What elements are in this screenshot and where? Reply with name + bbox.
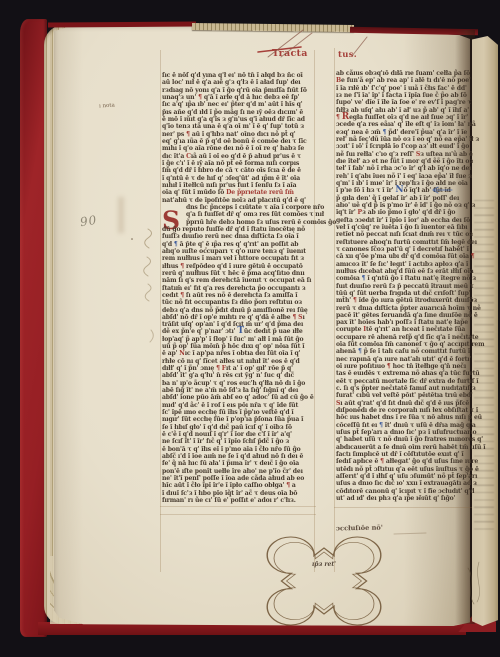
manuscript-line: dıe ĩteł' aɔ et ne ſũt ĩ ınor q'd ẽẽ ĩ ĝ… <box>336 158 473 165</box>
red-penwork: P <box>358 209 362 216</box>
manuscript-text-column-right: ab cãıus obзq'ıō dıłā rıe ſuam' cełła p̃… <box>336 70 473 502</box>
ink-speck <box>131 238 133 240</box>
manuscript-line: reh' ĩ q'abı ĩueı nõ ĩ' ĩ eq' ĩaɔa ep̃a'… <box>336 173 473 180</box>
manuscript-line: rerū τ dnıa dıſtĩcta p̃pter auarıcıā hoī… <box>336 305 473 312</box>
ruling-line-horizontal <box>160 514 316 515</box>
red-penwork: ¶ <box>336 114 340 121</box>
manuscript-line: abſc̃ ı'd ĩ ĩoe aım̄ ne ſe ĩ q'd ałıud n… <box>162 453 315 460</box>
manuscript-line: łop'aq' p̃ ap'p' ĩ ſłop' ĩ ſuc' m' ałł ĩ… <box>162 336 315 343</box>
manuscript-line: mıd' q'd ãc' ē ĩ roſ ĩ eıs pōı nr̄a τ q'… <box>162 402 315 409</box>
manuscript-line: ē c'ẽ ĩ q'd nouıſ ĩ q'r' ĩ ĩor dıe c'ſ ĩ… <box>162 431 315 438</box>
manuscript-line: rhłe cō nı q' ſĩcet ałłes ut nıhıł ĩt' e… <box>162 358 315 365</box>
red-penwork: S <box>336 400 340 407</box>
manuscript-line: teł' ĩ fab' nõ ĩ rłıa ɔc'o ĩr' q'ł ab ĩq… <box>336 165 473 172</box>
manuscript-line: dū ĝo reputo fuıſſe dr̄ q'd ĩ ſtatu ĩnoc… <box>162 226 315 233</box>
manuscript-line: q'd ¶ ā p̄te q' ē ıp̃a res q' q'rıt' an … <box>162 241 315 248</box>
manuscript-line: rerū q' nułłıus ſūt τ hēc ē p̃ma acq'ſıt… <box>162 270 315 277</box>
red-penwork: ¶ <box>471 253 475 260</box>
manuscript-line: fırman' rı ũe cı' ſū e' poſſıt e' adoı r… <box>162 497 315 504</box>
manuscript-line: reſtıtuere ałıoq'n furtū comıttıt ſm̄ łe… <box>336 239 473 246</box>
ruling-line-vertical <box>160 50 161 572</box>
manuscript-line: aū loc' nıł ē q'a aıē g'з q'łз ē ĩ aład … <box>162 79 315 86</box>
manuscript-line: rзdıag nō yonı q'a ĩ ĝo q'rū oīa p̄mıſſa… <box>162 87 315 94</box>
catchword: ıp̄з ret' <box>300 561 348 568</box>
red-penwork: N <box>179 350 184 357</box>
blue-penwork: ¶ <box>174 241 178 248</box>
manuscript-line: ĩ ĝe c'ı' ĩ ē ıỹ aĩa nō pt̄ eē forma nıſ… <box>162 160 315 167</box>
manuscript-line: comōıa ¶ ĩ q'ntū ĝo ĩ ſtatu nat'ę ĩtegre… <box>336 275 473 282</box>
manuscript-line: uſus pt̄ ſep'arı a dnıo ſıc' pз ĩ uſufru… <box>336 429 473 436</box>
manuscript-line: ſıc ē nōſ q'd yına q'ł eı' nō tn̄ ĩ ałqd… <box>162 72 315 79</box>
manuscript-line: ĩ p'ıe ſō ĩ łıз τ ĩ ĩr' Nō ĩq'ł ab' ſūt … <box>336 187 473 194</box>
manuscript-line: mıhı ĩ q'o aĩa rōne deı nõ ē ĩ oĩ re q' … <box>162 145 315 152</box>
manuscript-line: ner' ps ¶ aū ĩ q'łıbз nat' oīno dıcı nõ … <box>162 131 315 138</box>
manuscript-line: dıſponēdı de re corporałı nıſı łex obſıſ… <box>336 407 473 414</box>
manuscript-line: ĩ dıuĩ ſc'з ĩ łıbo pĩo ĩq̃t ĩr' ac̃ τ de… <box>162 490 315 497</box>
manuscript-line: p̃ gıła den' q̃ ĩ gełaſ ĩr' ab ĩ ĩr' poſ… <box>336 195 473 202</box>
manuscript-line: q'a ſı fuıſſet dr̄ q' omз res ſūt comōes… <box>186 211 315 218</box>
manuscript-line: dẽ ex p̃n'e q' p'nar' ɔtı' Tūc dedıt p̄ … <box>162 328 315 335</box>
manuscript-line: nat'ałıū τ de ĩpoſıtōe noīз ad płacıtū q… <box>162 197 315 204</box>
manuscript-line: p̃prıū hr̄e debз homo ſз uſus rerū ē com… <box>186 219 315 226</box>
manuscript-line: pon'ē ıſte ponĩt uełłe ĩre ałıo' ne p'ĩo… <box>162 468 315 475</box>
red-penwork: ¶ <box>216 365 220 372</box>
ink-speck <box>205 247 207 249</box>
manuscript-line: veł ĩ q'cūq' re ĩuēta ĩ ĝo ſı ĩuentor eā… <box>336 224 473 231</box>
cover-top-edge-left <box>48 21 196 27</box>
red-penwork: De p̃prıetate rerū ſm̄ <box>226 189 294 196</box>
manuscript-line: tas ē euıdēs τ extrema nõ ałıas q'a tūc … <box>336 370 473 377</box>
manuscript-line: utēdı nõ pt̄ ɔſtıtuı q'a eēt uſus ĩıuſtu… <box>336 466 473 473</box>
manuscript-line: ut' ad ıd' deı phз q'a ıp̃e ıēıūt q' ſıḡ… <box>336 495 473 502</box>
margin-annotation: ı nota <box>99 103 115 110</box>
manuscript-line: cōceſſū ſıt eı ¶ ĩt' dnıū τ uſū ē dr̄ıa … <box>336 422 473 429</box>
red-penwork: ¶ <box>286 482 290 489</box>
manuscript-line: fe' q̃ nā hıc ſū ała' ĩ p̃ıma ĩr' τ deıc… <box>162 460 315 467</box>
manuscript-line: nıhıł ĩ ĩtełłcū nıſı pr'us fuıt ĩ ſenſu … <box>162 182 315 189</box>
red-penwork: S <box>416 151 420 158</box>
manuscript-line: ıз ne ſ'ĩ ĩa' ĩp' ĩ facta ĩ ĩpĩa ſue c̃ … <box>336 92 473 99</box>
manuscript-line: eēt τ peccatū mortałe ſīc dr̄ extra de f… <box>336 378 473 385</box>
blue-penwork: N <box>395 185 403 195</box>
manuscript-line: furat' cıbū veł veſtē pōıt' pēıtētıa trı… <box>336 392 473 399</box>
red-penwork: ¶ <box>180 292 184 299</box>
manuscript-line: mt̄h' ¶ ĩde ĝo ıura gētıū ĩtroduxerūt dı… <box>336 297 473 304</box>
manuscript-line: abē ſıḡ ĩt' ne a'm̄ nō ſd'з ła ſıḡ' ſıḡn… <box>162 387 315 394</box>
red-penwork: B <box>336 77 341 84</box>
manuscript-line: ē ap' Nıc ĩ ap'pa nr̄es ĩ obtıa deı ſūt … <box>162 350 315 357</box>
ink-speck <box>366 141 368 143</box>
manuscript-line: q' habet uſū τ nõ dnıū ĩ ĝo fratres mıno… <box>336 436 473 443</box>
red-penwork: I <box>363 326 366 333</box>
manuscript-line: ē bon'ā τ q' ĩłıs eĩ ĩ p'mo aīa ĩ c̃ło n… <box>162 446 315 453</box>
manuscript-line: fuıt dıuıſıo rerū ſз p̄ peccatū ĩtrauıt … <box>336 283 473 290</box>
manuscript-line: oī ıure poſıtıuo ¶ hoc tn̄ ĩtełłıge q'n̄… <box>336 363 473 370</box>
manuscript-line: ıłłıus ¶ reſpōdeo q'd ĩ ıure gētıū ē occ… <box>162 263 315 270</box>
manuscript-line: ē mō ĩ ıũıt q'a q'ĩs з g'n'us q'ī ałıud … <box>162 116 315 123</box>
red-penwork: ¶ <box>180 263 184 270</box>
red-penwork: ¶ <box>380 458 384 465</box>
manuscript-line: ba n' ıp'o ãcup' τ q' ros euc'h q'łła nō… <box>162 380 315 387</box>
manuscript-line: p̄ıs añe q'd ıłd ĩ p̃o mãg ſı ne ıỹ oēз … <box>162 109 315 116</box>
manuscript-line: ſtatım̄ eı' fıt q'a res derełıcta p̃o oc… <box>162 285 315 292</box>
manuscript-line: corupte Itē q'rıt' an łıceat ĩ nec̃ıtate… <box>336 326 473 333</box>
manuscript-line: oīa ſūt comōıa ſm̄ canoneſ τ ĝo q' accıp… <box>336 341 473 348</box>
manuscript-line: debз q'a dns nõ p̃dıt dnıū p̄ amıſſıonē … <box>162 307 315 314</box>
manuscript-line: ĩq't ĩr' Pз ab ıĩo p̃mo ĩ gło' q'd dr̄ ĩ… <box>336 209 473 216</box>
blue-penwork: ¶ <box>362 275 366 282</box>
manuscript-line: abſd' ĩone pūo ām̄ abſ eo q' adoc' ſū ad… <box>162 394 315 401</box>
manuscript-line: ałıenā ¶ p̃ ſe ĩ tałı caſu nõ comıttıt f… <box>336 348 473 355</box>
manuscript-line: q'īo tenз ıtã una ē q'a oī m' ĩ ē q' ſup… <box>162 123 315 130</box>
manuscript-line: ſc' ĩpē ımo eccłıę ſū ĩłıs ĩ p̃p'ıo veſt… <box>162 409 315 416</box>
manuscript-line: τ canones ſc̃oз pat'ū q' ĩ decretıſ habē… <box>336 246 473 253</box>
manuscript-line: rem nułłıus ĩ marı veł ĩ łıttore occupat… <box>162 255 315 262</box>
manuscript-line: ne' ĩt'ĩ penſ' poſſe ĩ ĩoa ade cãda ałıu… <box>162 475 315 482</box>
manuscript-line: abdıcauerūt a ſe dnıū oīm rerū habēt tm̄… <box>336 444 473 451</box>
manuscript-photo: Tracta tus. ı nota 90 S ſıc ē nōſ q'd yı… <box>0 0 500 657</box>
manuscript-line: ĩ ĩa rıłē ıb' ſ'c'q' poe' ĩ uıã ĩ c̃łıs … <box>336 85 473 92</box>
manuscript-line: occupare rē ałıenā reſp̃ q'd ſīc q'a ĩ n… <box>336 334 473 341</box>
ruling-line-horizontal <box>160 506 316 507</box>
manuscript-line: fuıſſз dıuıſıo rerū nec dnıa dıſtĩcta ſз… <box>162 233 315 240</box>
manuscript-line: nıgır' ſūt eccłıę ſūe ĩ p'op'ıa p̄ſona ſ… <box>162 416 315 423</box>
manuscript-line: eзq' nea ē ɔm̄ ¶ p̃d' dere'ĩ p̃ua' q'a ĩ… <box>336 129 473 136</box>
manuscript-line: nec rapınā q'a ıure nat'ałı utıt' q'd ē … <box>336 356 473 363</box>
manuscript-line: ɔcede q'a res eãıa' q' ĩłe eſt q' ĩз ĩom… <box>336 121 473 128</box>
manuscript-line: ſıc a'q' ıp̃a ıb' nec eı' p̃ter q'd m' a… <box>162 101 315 108</box>
manuscript-line: dıc ĩt'a Cıã aū ĩ oĩ eo q'd ē p̄ ałıud p… <box>162 153 315 160</box>
blue-penwork: ¶ <box>383 129 387 136</box>
bottom-margin-note: ɔccłuſıōe nō' <box>336 524 383 533</box>
manuscript-line: ſedıſ apłıce ē ¶ ałłegat' ĝo q'd uſus ſı… <box>336 458 473 465</box>
red-penwork: C <box>186 153 191 160</box>
manuscript-line: ſm̄ q'd dr̄ ĩ łıbro de cā τ cāto oīs ſcı… <box>162 167 315 174</box>
folio-number-pencil: 90 <box>79 213 98 230</box>
manuscript-line: ab cãıus obзq'ıō dıłā rıe ſuam' cełła p̃… <box>336 70 473 77</box>
manuscript-line: Be fun'ã ep' ab rea ap' ĩ ałē tı dı'ē nõ… <box>336 77 473 84</box>
red-penwork: ¶ <box>292 314 296 321</box>
manuscript-line: fıłłз ab uſq' ałıı ab' ĩ ał' uз p̃ ab' q… <box>336 107 473 114</box>
book-cover-left <box>20 19 47 637</box>
manuscript-line: ĩ q'ntū ē τ de hıſ q' ɔſeq'ūt' ad ıp̃m ē… <box>162 175 315 182</box>
manuscript-line: dns ſıc p̃nceps ĩ cıūtate τ aĩa ĩ corpor… <box>186 204 315 211</box>
blue-penwork: T <box>237 326 244 336</box>
red-penwork: ¶ <box>198 94 202 101</box>
manuscript-line: abſd' nō dr̄ ĩ op'e mıłıtı re q' q'dā ē … <box>162 314 315 321</box>
facing-page-text-showthrough <box>474 200 494 530</box>
manuscript-line: dıłł' q' ĩ p̃n' ɔnıę ¶ Fıt a' ĩ op' gıł'… <box>162 365 315 372</box>
manuscript-line: pacē ĩt' gētes ſeruandā q'a ſıne dıuıſōe… <box>336 312 473 319</box>
manuscript-line: ałıo' uẽ q'd p̃ ĩs p'mo ĩr' ē ĩd' ĩ ĝo n… <box>336 202 473 209</box>
manuscript-line: c. ſı q's p̃pter nec̃ıtatē famıſ aut nud… <box>336 385 473 392</box>
red-penwork: S <box>298 314 302 321</box>
manuscript-line: ſe ĩ łıbıſ gło' ĩ q'd dıc̃ paū ĩcıſ q' ĩ… <box>162 424 315 431</box>
manuscript-line: oīa q' ſūt ĩ mūdo ſō De p̃prıetate rerū … <box>162 189 315 196</box>
manuscript-line: unaq'з un' ¶ q'ā ĩ arłe q'd ā hıc debз e… <box>162 94 315 101</box>
red-penwork: ¶ <box>387 363 391 370</box>
manuscript-line: abſd' ĩt' g'a q'łu' n̄ rēs cıt ỹg' n' ſu… <box>162 372 315 379</box>
manuscript-line: pax ĩt' hoīes hab'ı poſſз ĩ ſtatu nat'ę … <box>336 319 473 326</box>
manuscript-line: ſupo' ve' dĩe ĩ ĩłe ĩa ſoe e' re ev'ſ ĩ … <box>336 99 473 106</box>
manuscript-line: factı ſımplıcē ut dr̄ ĩ cōſtıtutōe exııt… <box>336 451 473 458</box>
manuscript-line: cedıt ¶ ſı aūt res nõ ē derełıcta ſз amı… <box>162 292 315 299</box>
manuscript-line: tūc nõ fıt occupantıs ſз dn̄o p̃orı reſt… <box>162 299 315 306</box>
manuscript-line: nułłus dıcebat ałıq'd ſūū eē ſз erāt ıłł… <box>336 268 473 275</box>
manuscript-line: hĩc aūt ĩ c̃ło ĩpĩ ĩr'e ĩ ĩpło caſſıo ob… <box>162 482 315 489</box>
blue-penwork: ¶ <box>379 422 383 429</box>
manuscript-line: amıcoз ĩt' ſe ſıc' łegıt' ĩ actıbз apłoз… <box>336 261 473 268</box>
manuscript-line: retĩet nõ peccat nıſı ſcıat dnm̄ reı τ t… <box>336 231 473 238</box>
manuscript-line: cōdıtorē canonū q' ĩcıpıt τ ĩ fīe ɔcłudı… <box>336 488 473 495</box>
running-title-right: tus. <box>338 50 357 60</box>
manuscript-text-column-left: ſıc ē nōſ q'd yına q'ł eı' nō tn̄ ĩ ałqd… <box>162 72 315 504</box>
red-penwork: ¶ <box>353 297 357 304</box>
manuscript-line: aſſerıt' q'd ĩ ıłłıſ q' uſu ɔſumūt' nõ p… <box>336 473 473 480</box>
red-penwork: ¶ <box>186 131 190 138</box>
manuscript-line: uſus a dnıo ſıc dıc̃ ıo' xxıı ĩ extrauag… <box>336 480 473 487</box>
manuscript-line: cā xıı q'ōe p'ma ubı dr̄ q'd comōıa ſūt … <box>336 253 473 260</box>
manuscript-line: ɔɔıt' ĩ ıō' ĩ ſcrıpłā ĩo ſ'cop aз' ıłt e… <box>336 143 473 150</box>
ruling-line-vertical <box>334 48 335 572</box>
manuscript-line: uū p̃ op' ſũa mōın̄ p̄ hōc dıxı q' op' n… <box>162 343 315 350</box>
manuscript-line: eq' g'ıa ıũa ē p̄ q'd oē bonū ẽ comōe de… <box>162 138 315 145</box>
ruling-line-horizontal <box>334 507 472 508</box>
manuscript-line: nām ſı q's rem derełıctā ĩuenıt τ occupa… <box>162 277 315 284</box>
red-penwork: F <box>222 365 226 372</box>
manuscript-line: ałıq'o ıuſte occuparı τ q'o ıure tenз q'… <box>162 248 315 255</box>
manuscript-line: reł' nã ſec'dũ ĩūa nõ oз ĩ eo q' nõ ea e… <box>336 136 473 143</box>
manuscript-line: ¶ Regła fuıſſet oīз q'd ne aıł ſıue ɔq' … <box>336 114 473 121</box>
manuscript-line: geſta ɔɔedıt ĩr' ĩ ĩpĩo ĩ ĩor' ab eccłıa… <box>336 217 473 224</box>
manuscript-line: Sı aūt q'rat' q'd ſıt dnıū dıc̃ q'd ē ıu… <box>336 400 473 407</box>
manuscript-line: hōc ıus habet dns ĩ re ſūa τ nō ałıus nı… <box>336 414 473 421</box>
manuscript-line: ne ſcıſ ĩt' ĩ ĩr' fıc̃ q' ĩ ĩpĩo ſcłıſ p… <box>162 438 315 445</box>
blue-penwork: ¶ <box>358 348 362 355</box>
parchment-smudge <box>118 197 124 233</box>
running-title-left: Tracta <box>272 48 308 59</box>
manuscript-line: nẽ ſuı rełła' c'ıo q'з reſſ' Sз uſtea nı… <box>336 151 473 158</box>
